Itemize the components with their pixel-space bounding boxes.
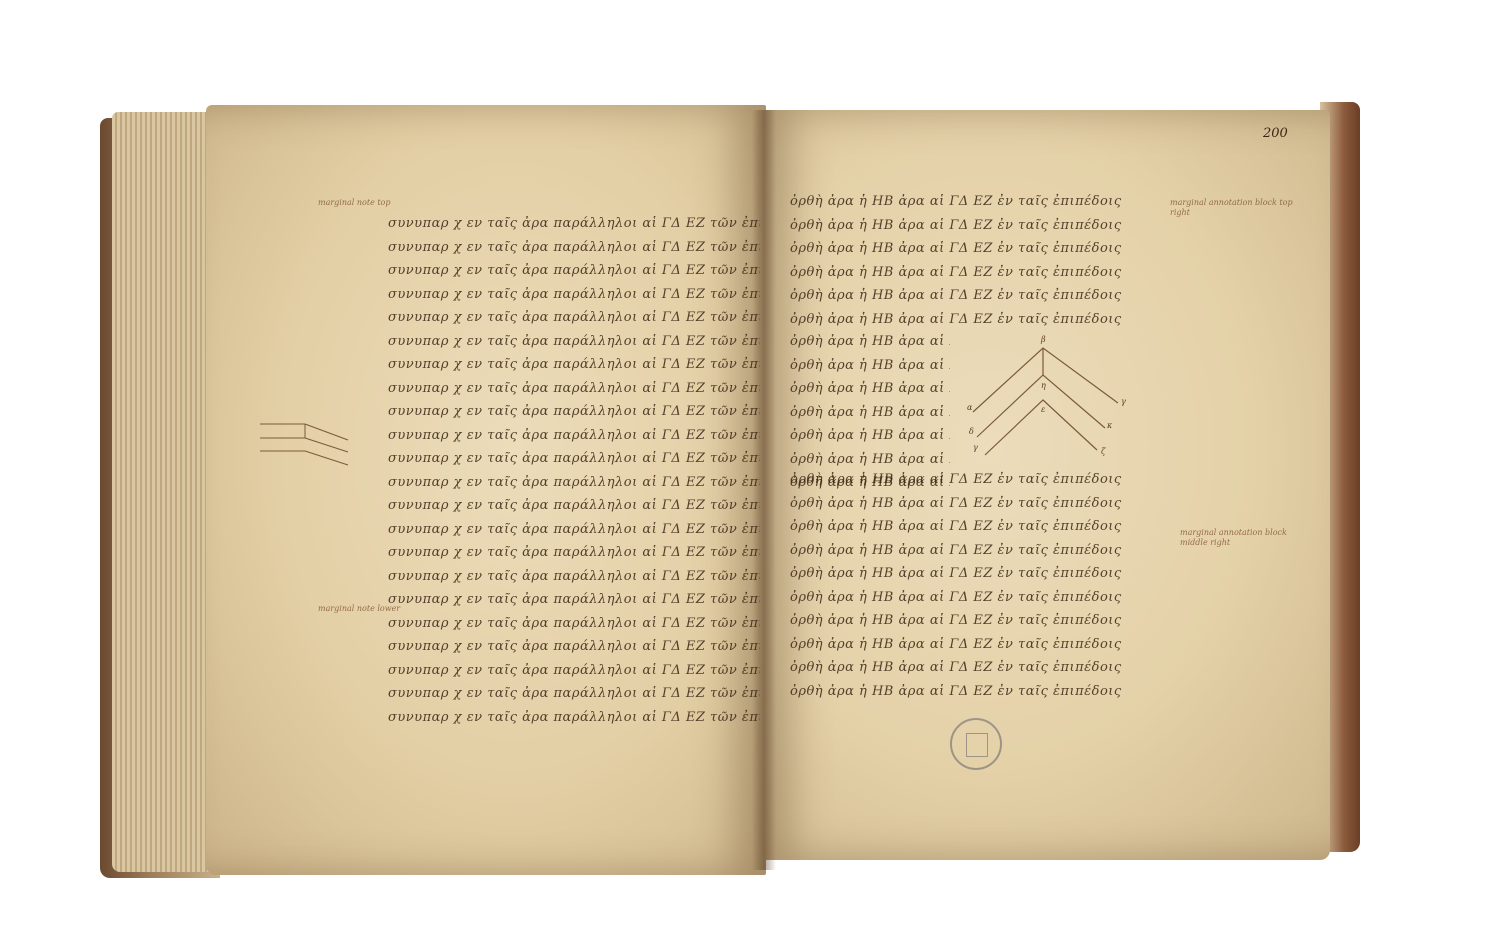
left-diagram bbox=[240, 410, 360, 470]
right-diagram: βηε αδγ γκζ bbox=[955, 330, 1145, 460]
left-page-text: συνυπαρ χ εν ταῖς ἀρα παράλληλοι αἱ ΓΔ Ε… bbox=[388, 212, 760, 732]
library-stamp bbox=[950, 718, 1002, 770]
marginal-annotation: marginal annotation block top right bbox=[1170, 198, 1310, 298]
svg-text:ζ: ζ bbox=[1101, 447, 1106, 456]
svg-text:β: β bbox=[1040, 335, 1046, 344]
manuscript-photo: συνυπαρ χ εν ταῖς ἀρα παράλληλοι αἱ ΓΔ Ε… bbox=[0, 0, 1500, 950]
right-page-text-top: ὀρθὴ ἀρα ἡ ΗΒ ἀρα αἱ ΓΔ ΕΖ ἐν ταῖς ἐπιπέ… bbox=[790, 190, 1160, 340]
svg-text:ε: ε bbox=[1041, 405, 1045, 414]
right-page-text-bottom: ὀρθὴ ἀρα ἡ ΗΒ ἀρα αἱ ΓΔ ΕΖ ἐν ταῖς ἐπιπέ… bbox=[790, 468, 1162, 708]
svg-text:δ: δ bbox=[969, 427, 974, 436]
svg-text:κ: κ bbox=[1106, 421, 1113, 430]
svg-text:η: η bbox=[1041, 381, 1046, 390]
svg-text:α: α bbox=[967, 403, 973, 412]
marginal-note: marginal note top bbox=[318, 198, 391, 208]
marginal-annotation: marginal annotation block middle right bbox=[1180, 528, 1310, 578]
svg-text:γ: γ bbox=[973, 443, 978, 452]
marginal-note: marginal note lower bbox=[318, 604, 400, 614]
folio-number: 200 bbox=[1263, 126, 1288, 141]
svg-text:γ: γ bbox=[1121, 397, 1126, 406]
